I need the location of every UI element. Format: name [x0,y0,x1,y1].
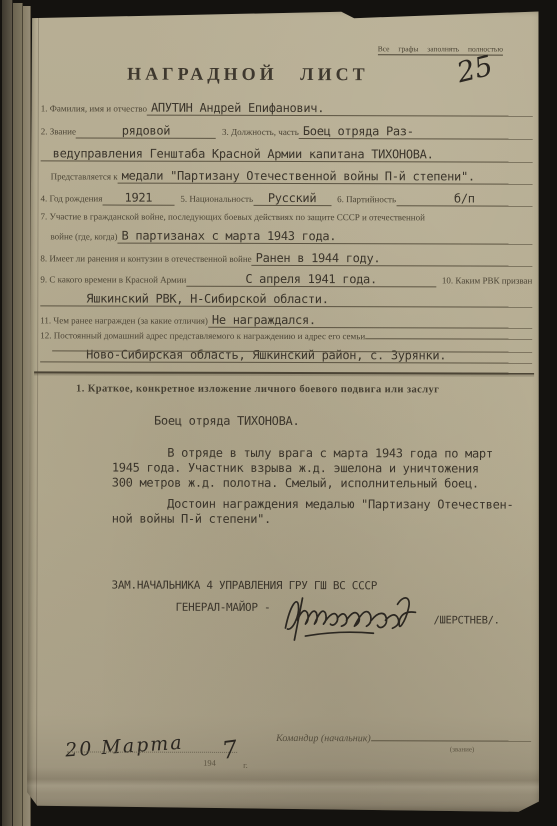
field-value: АПУТИН Андрей Епифанович. [147,101,533,117]
document-title: НАГРАДНОЙ ЛИСТ [58,63,438,85]
field-value: Боец отряда Раз- [299,124,533,140]
rank-caption: (звание) [417,745,507,753]
field-value: ведуправления Генштаба Красной Армии кап… [41,146,533,162]
field-row-rvk: Яшкинский РВК, Н-Сибирской области. [40,291,532,307]
field-row-war-participation: 7. Участие в гражданской войне, последую… [40,211,532,222]
field-value: Яшкинский РВК, Н-Сибирской области. [40,291,532,307]
field-row-army-since: 9. С какого времени в Красной Армии С ап… [40,271,532,287]
field-value: рядовой [76,123,216,138]
field-row-birth-nationality-party: 4. Год рождения 1921 5. Национальность Р… [41,190,533,206]
document-page: Все графы заполнять полностью 25 НАГРАДН… [27,9,541,812]
signatory-rank: ГЕНЕРАЛ-МАЙОР - [175,601,270,614]
field-value: медали "Партизану Отечественной войны П-… [118,169,533,185]
field-row-home-address: 12. Постоянный домашний адрес представля… [40,330,532,341]
field-value: С апреля 1941 года. [186,272,436,288]
field-label: Представляется к [41,171,118,181]
field-row-prior-awards: 11. Чем ранее награжден (за какие отличи… [40,312,532,328]
field-label: войне (где, когда) [40,231,117,241]
field-value: Ранен в 1944 году. [252,251,533,267]
field-label: 5. Национальность [174,194,253,204]
field-label: 7. Участие в гражданской войне, последую… [40,211,424,222]
citation-para-unit: Боец отряда ТИХОНОВА. [154,414,299,429]
handwritten-date: 20 Марта [65,732,185,762]
page-stack-edge [13,3,23,826]
field-value: В партизанах с марта 1943 года. [118,229,533,245]
commander-label: Командир (начальник) [276,733,371,744]
field-label: 11. Чем ранее награжден (за какие отличи… [40,315,208,325]
handwritten-year-digit: 7 [220,735,239,765]
citation-para-conclusion: Достоин награждения медалью "Партизану О… [112,497,536,528]
section-divider-rule [34,371,534,374]
field-label: 10. Каким РВК призван [436,275,532,285]
field-label: 6. Партийность [331,194,396,204]
field-value: б/п [396,191,533,206]
field-row-wounds: 8. Имеет ли ранения и контузии в отечест… [40,250,532,266]
field-label: 3. Должность, часть [216,127,299,137]
field-row-name: 1. Фамилия, имя и отчество АПУТИН Андрей… [41,100,533,116]
year-suffix: г. [243,760,248,770]
field-value: Русский [253,191,331,206]
citation-section-heading: 1. Краткое, конкретное изложение личного… [76,383,439,395]
field-label: 9. С какого времени в Красной Армии [40,274,186,284]
field-label: 12. Постоянный домашний адрес представля… [40,330,365,341]
commander-signature-line [371,730,531,741]
signature-handwriting-icon [275,576,439,648]
field-row-war-participation-cont: войне (где, когда) В партизанах с марта … [40,228,532,244]
field-row-rank-unit: 2. Звание рядовой 3. Должность, часть Бо… [41,123,533,139]
field-value: 1921 [102,191,174,206]
field-label: 2. Звание [41,126,76,136]
field-row-unit-continuation: ведуправления Генштаба Красной Армии кап… [41,146,533,162]
binding-fold-line [36,9,39,811]
page-stack-edge [2,0,13,826]
signatory-surname: /ШЕРСТНЕВ/. [433,614,499,626]
field-blank-line [52,350,532,352]
commander-signature-row: Командир (начальник) [276,730,531,745]
empty-rule-line [40,350,532,364]
scanned-award-sheet: Все графы заполнять полностью 25 НАГРАДН… [0,0,557,826]
field-row-presented: Представляется к медали "Партизану Отече… [41,168,533,184]
citation-para-deeds: В отряде в тылу врага с марта 1943 года … [112,446,536,492]
field-label: 1. Фамилия, имя и отчество [41,103,147,113]
field-value: Не награждался. [208,313,532,329]
field-label: 4. Год рождения [41,193,103,203]
field-label: 8. Имеет ли ранения и контузии в отечест… [40,253,251,264]
printed-year-prefix: 194 [203,758,216,768]
paper-crease [27,767,539,794]
handwritten-page-number: 25 [453,49,496,90]
field-blank-line [365,338,532,339]
